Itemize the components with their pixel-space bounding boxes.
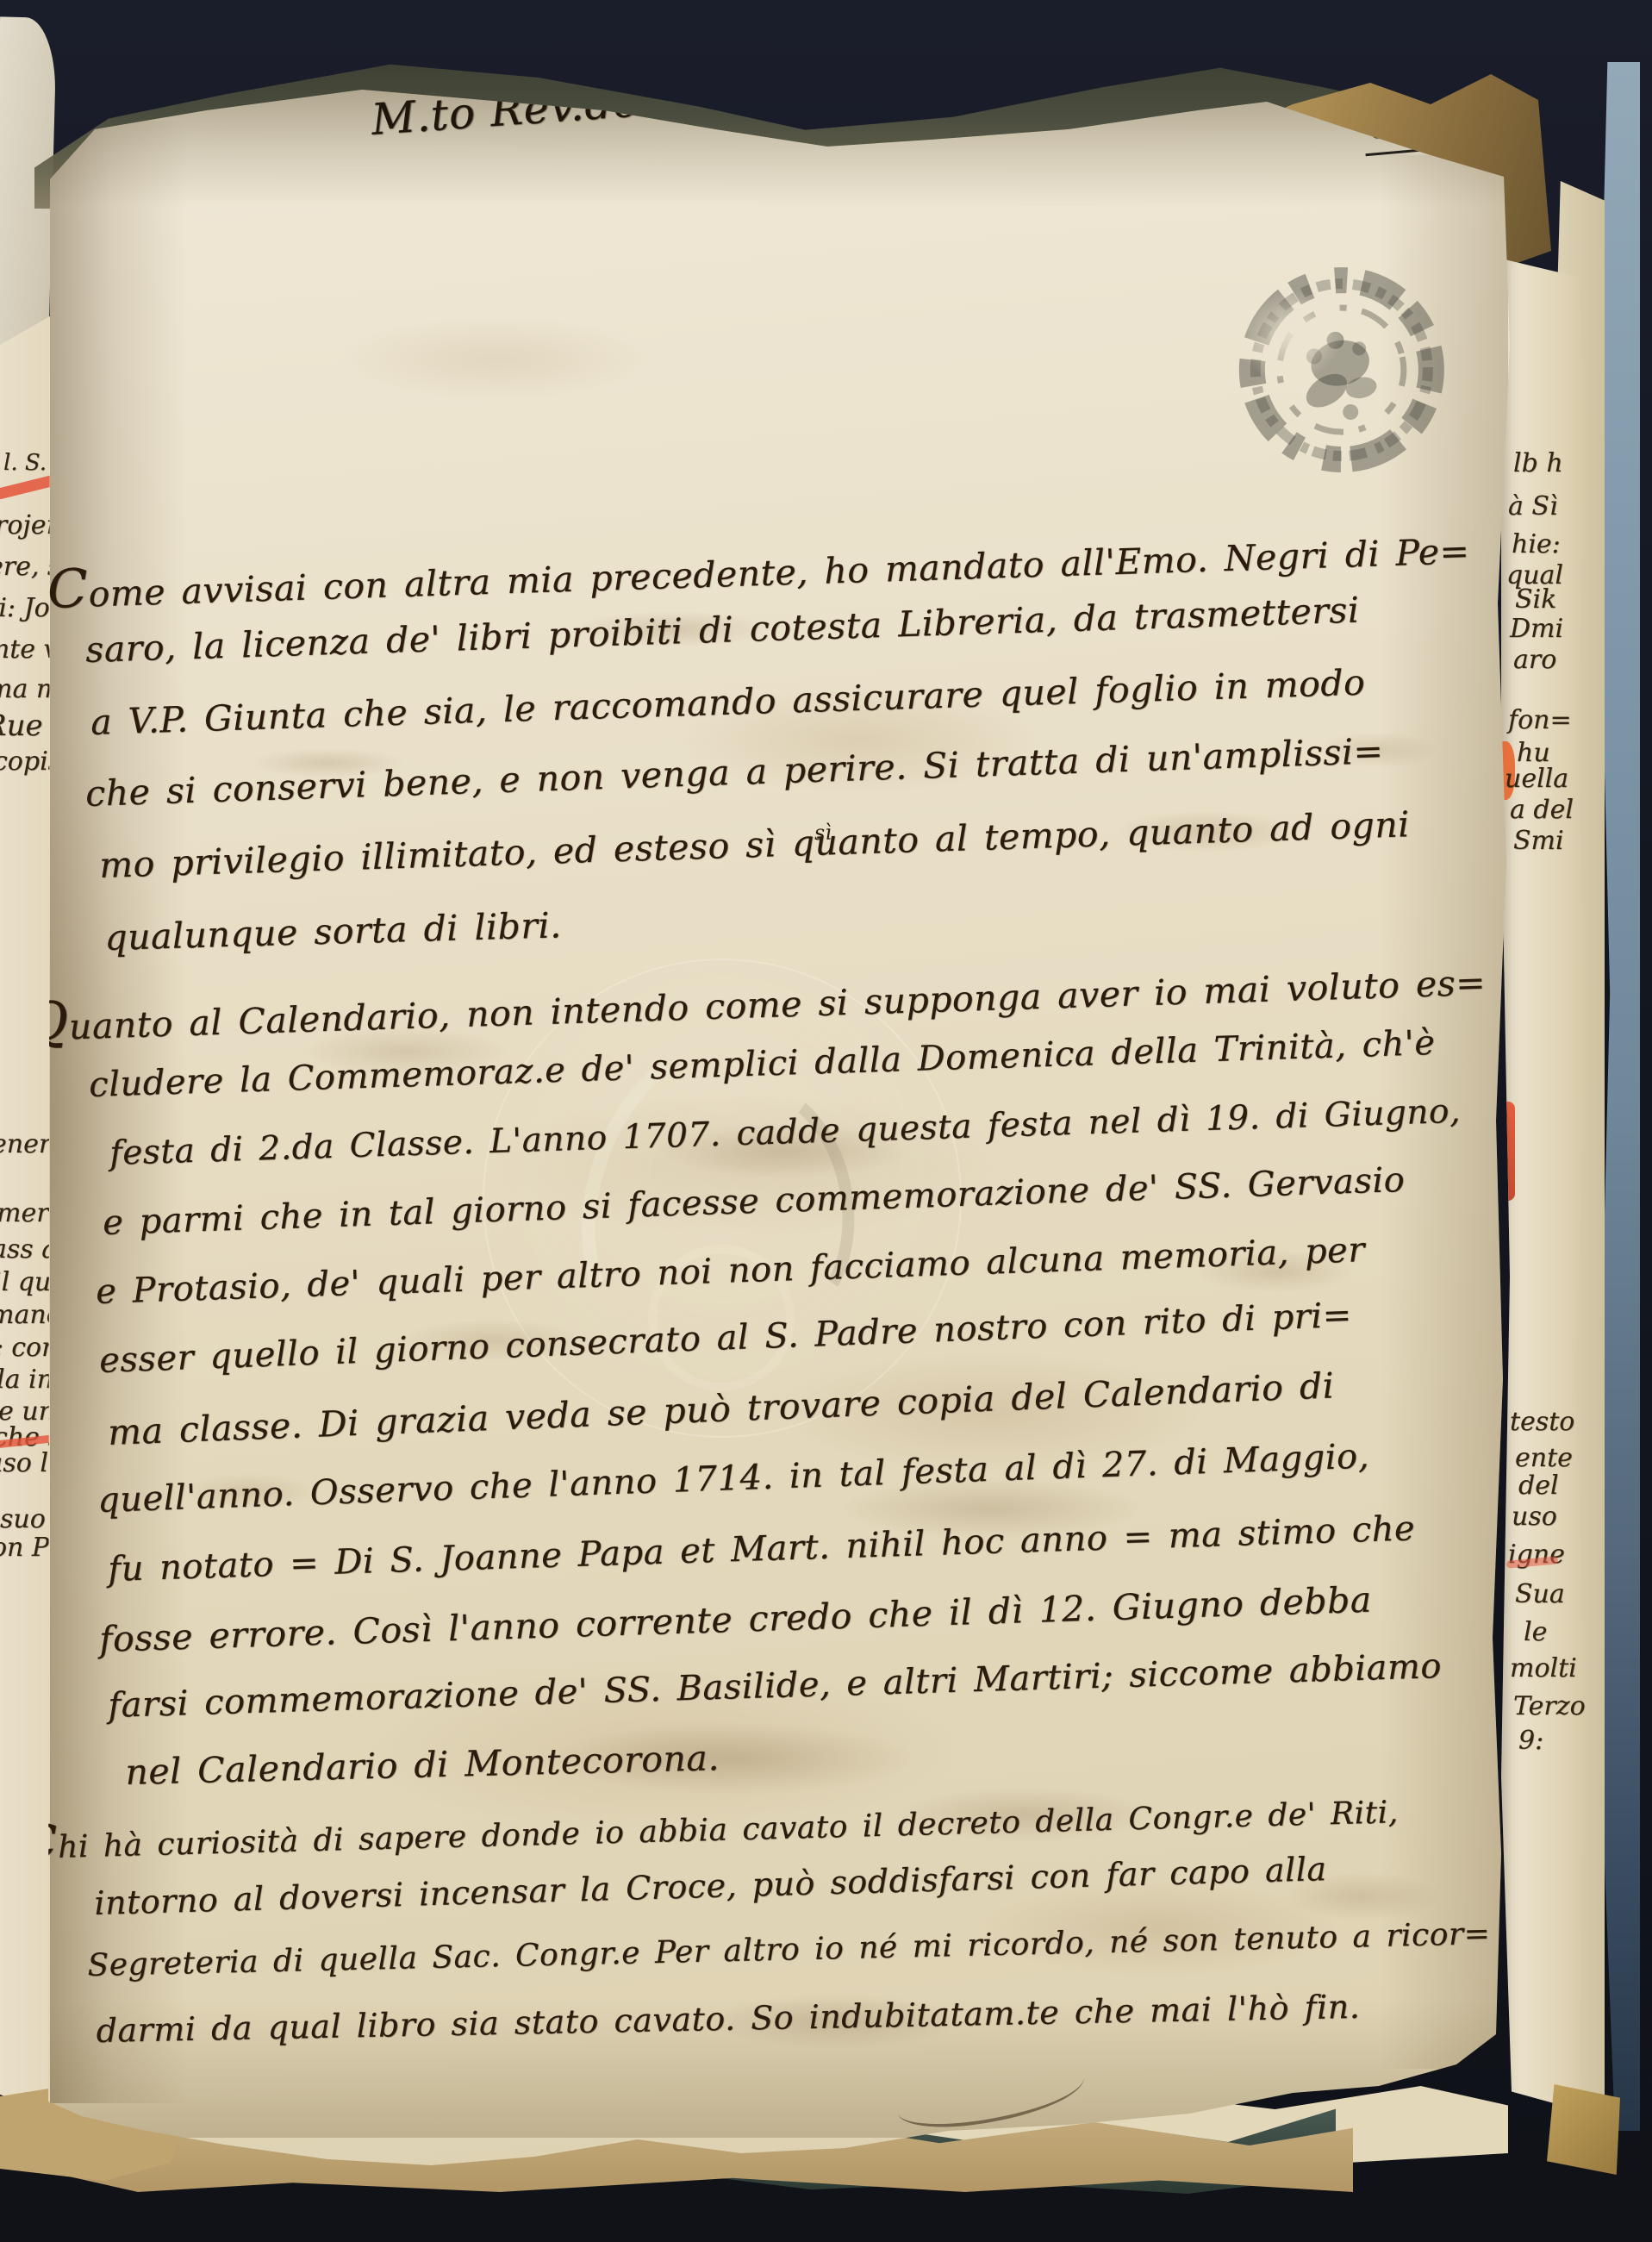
text-line: a V.P. Giunta che sia, le raccomando ass… xyxy=(90,662,1365,743)
text-line: Segreteria di quella Sac. Congr.e Per al… xyxy=(87,1916,1491,1983)
margin-fragment: Smi xyxy=(1513,826,1564,856)
margin-fragment: ass a xyxy=(0,1234,57,1265)
margin-fragment: Sua xyxy=(1515,1579,1565,1609)
manuscript-scan: l. S. 8. 7e rojero ere, sen ri: Jo n ant… xyxy=(0,0,1652,2242)
red-streak xyxy=(1501,1102,1515,1201)
margin-fragment: lb h xyxy=(1513,448,1563,478)
margin-fragment: del xyxy=(1518,1471,1559,1501)
margin-fragment: uso xyxy=(1512,1502,1557,1532)
right-page-edge: lb h à Sì hie: qual Sik Dmi aro fon= hu … xyxy=(1501,259,1587,2110)
margin-fragment: 9: xyxy=(1518,1726,1543,1756)
text-line: fosse errore. Così l'anno corrente credo… xyxy=(98,1579,1372,1660)
margin-fragment: a del xyxy=(1510,795,1574,825)
text-line: mo privilegio illimitato, ed esteso sì q… xyxy=(98,803,1410,886)
margin-fragment: ente xyxy=(1515,1443,1573,1473)
text-line: fu notato = Di S. Joanne Papa et Mart. n… xyxy=(108,1508,1416,1589)
margin-fragment: fon= xyxy=(1508,705,1572,735)
margin-fragment: aro xyxy=(1513,645,1556,675)
letter-page: M.to Rev.do P.re mio Oss.mo 65 Come avvi… xyxy=(0,0,1652,2242)
margin-fragment: à Sì xyxy=(1508,491,1558,521)
margin-fragment: Sik xyxy=(1515,584,1556,615)
gutter-shadow xyxy=(50,121,188,2103)
corner-gold-bottom-right xyxy=(1547,2084,1620,2175)
margin-fragment: le xyxy=(1524,1617,1547,1647)
margin-fragment: Terzo xyxy=(1513,1691,1586,1721)
margin-fragment: testo xyxy=(1510,1407,1574,1437)
margin-fragment: hie: xyxy=(1512,529,1561,559)
margin-fragment: molti xyxy=(1510,1653,1577,1683)
margin-fragment: Dmi xyxy=(1510,614,1563,644)
margin-fragment: la in xyxy=(0,1365,53,1395)
interline-insertion: sì xyxy=(814,821,832,846)
margin-fragment: uella xyxy=(1505,764,1568,794)
margin-fragment: suo xyxy=(0,1504,46,1534)
